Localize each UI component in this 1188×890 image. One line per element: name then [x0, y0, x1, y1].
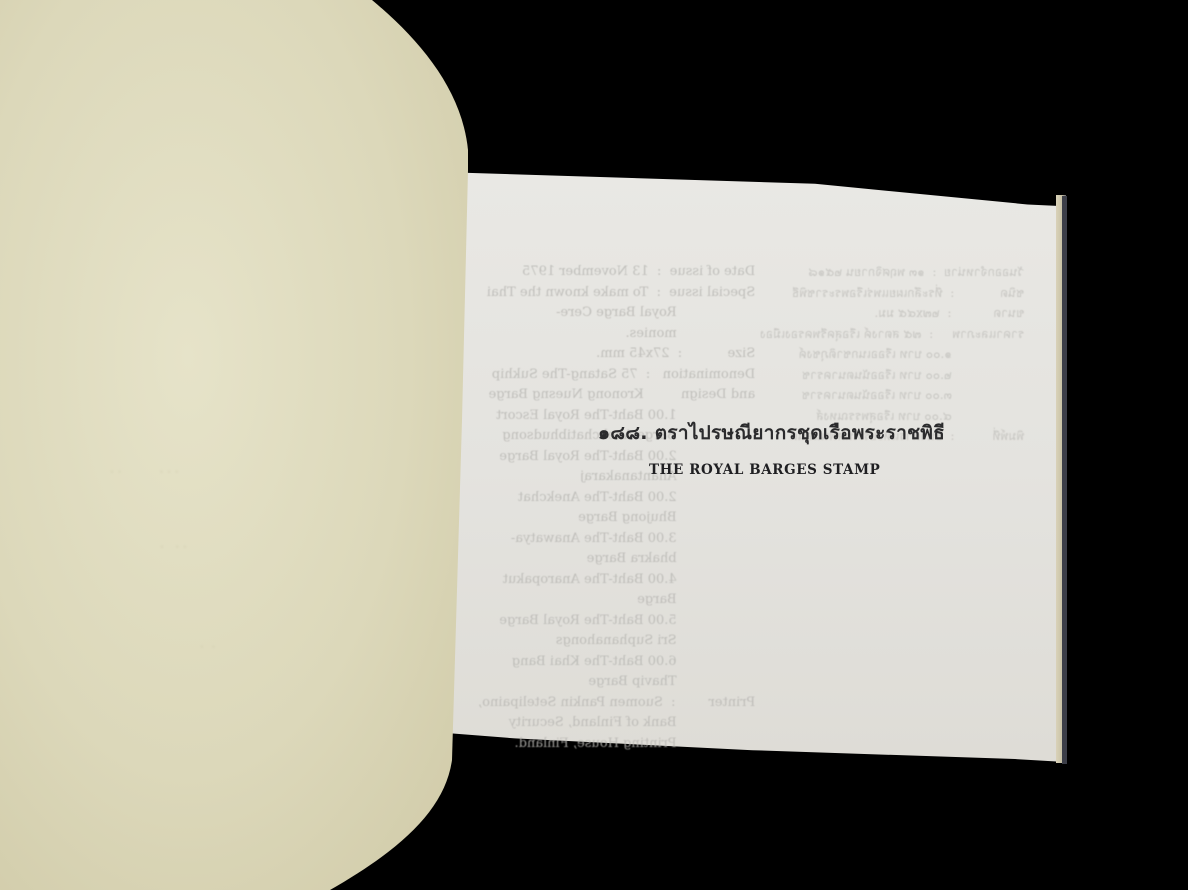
left-page-show-through: · · · · · — [110, 465, 179, 479]
left-curled-page: · · · · · · · · · · — [0, 0, 470, 890]
book-photo: Date of issue : 13 November 1975 Special… — [0, 0, 1188, 890]
thai-title: ๑๘๘. ตราไปรษณียากรชุดเรือพระราชพิธี — [598, 418, 958, 448]
book-cover-edge — [1062, 196, 1067, 764]
left-page-show-through: · · · — [160, 540, 187, 554]
show-through-text-english: Date of issue : 13 November 1975 Special… — [478, 262, 755, 754]
english-title: THE ROYAL BARGES STAMP — [598, 462, 958, 478]
page-heading: ๑๘๘. ตราไปรษณียากรชุดเรือพระราชพิธี THE … — [598, 418, 958, 478]
left-page-show-through: · · — [200, 640, 215, 654]
